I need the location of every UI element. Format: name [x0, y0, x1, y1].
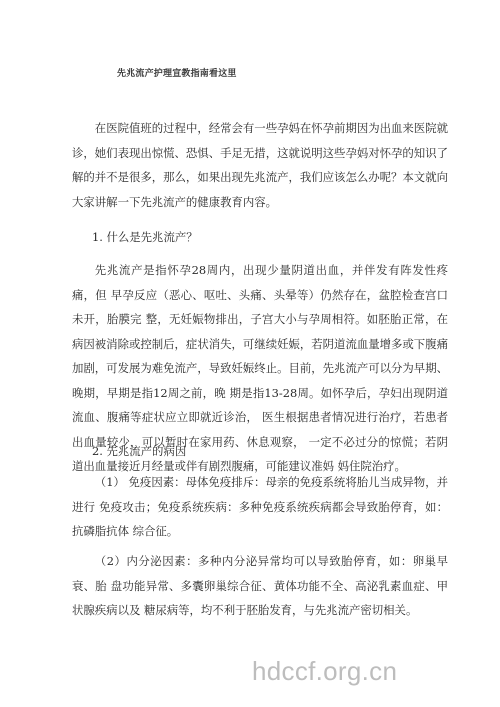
section-2-paragraph-2: （2）内分泌因素：多种内分泌异常均可以导致胎停育，如：卵巢早衰、胎 盘功能异常、…: [72, 549, 448, 623]
watermark-text: hdccf.org.cn: [252, 656, 397, 687]
document-title: 先兆流产护理宣教指南看这里: [117, 66, 237, 79]
intro-paragraph: 在医院值班的过程中，经常会有一些孕妈在怀孕前期因为出血来医院就诊，她们表现出惊慌…: [72, 116, 448, 214]
section-heading-2: 2. 先兆流产的病因: [92, 443, 186, 459]
section-2-paragraph-1: （1） 免疫因素：母体免疫排斥：母亲的免疫系统将胎儿当成异物，并进行 免疫攻击；…: [72, 470, 448, 544]
section-heading-1: 1. 什么是先兆流产？: [92, 229, 198, 245]
